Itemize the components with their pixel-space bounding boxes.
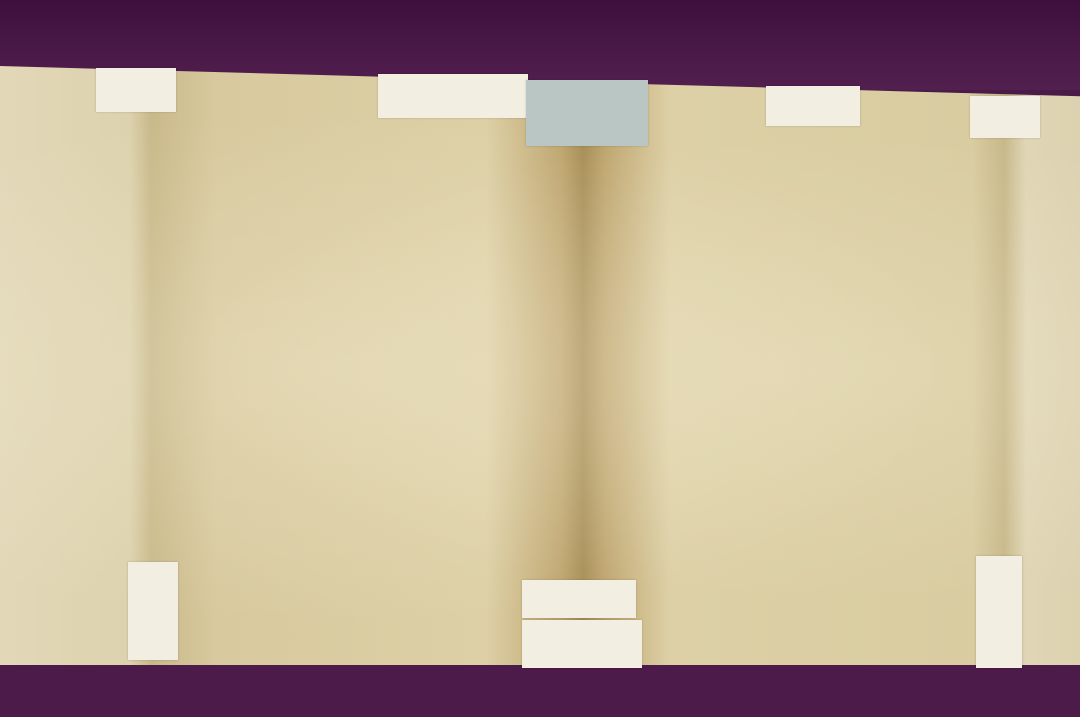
purple-background-bottom bbox=[0, 665, 1080, 717]
tape-top-far-right bbox=[970, 96, 1040, 138]
tape-top-left bbox=[96, 68, 176, 112]
tape-bottom-right bbox=[976, 556, 1022, 668]
tape-bottom-center-upper bbox=[522, 580, 636, 618]
tape-top-center bbox=[526, 80, 648, 146]
tape-top-right bbox=[766, 86, 860, 126]
tape-bottom-center-lower bbox=[522, 620, 642, 668]
tape-top-center-left bbox=[378, 74, 528, 118]
tape-bottom-left bbox=[128, 562, 178, 660]
